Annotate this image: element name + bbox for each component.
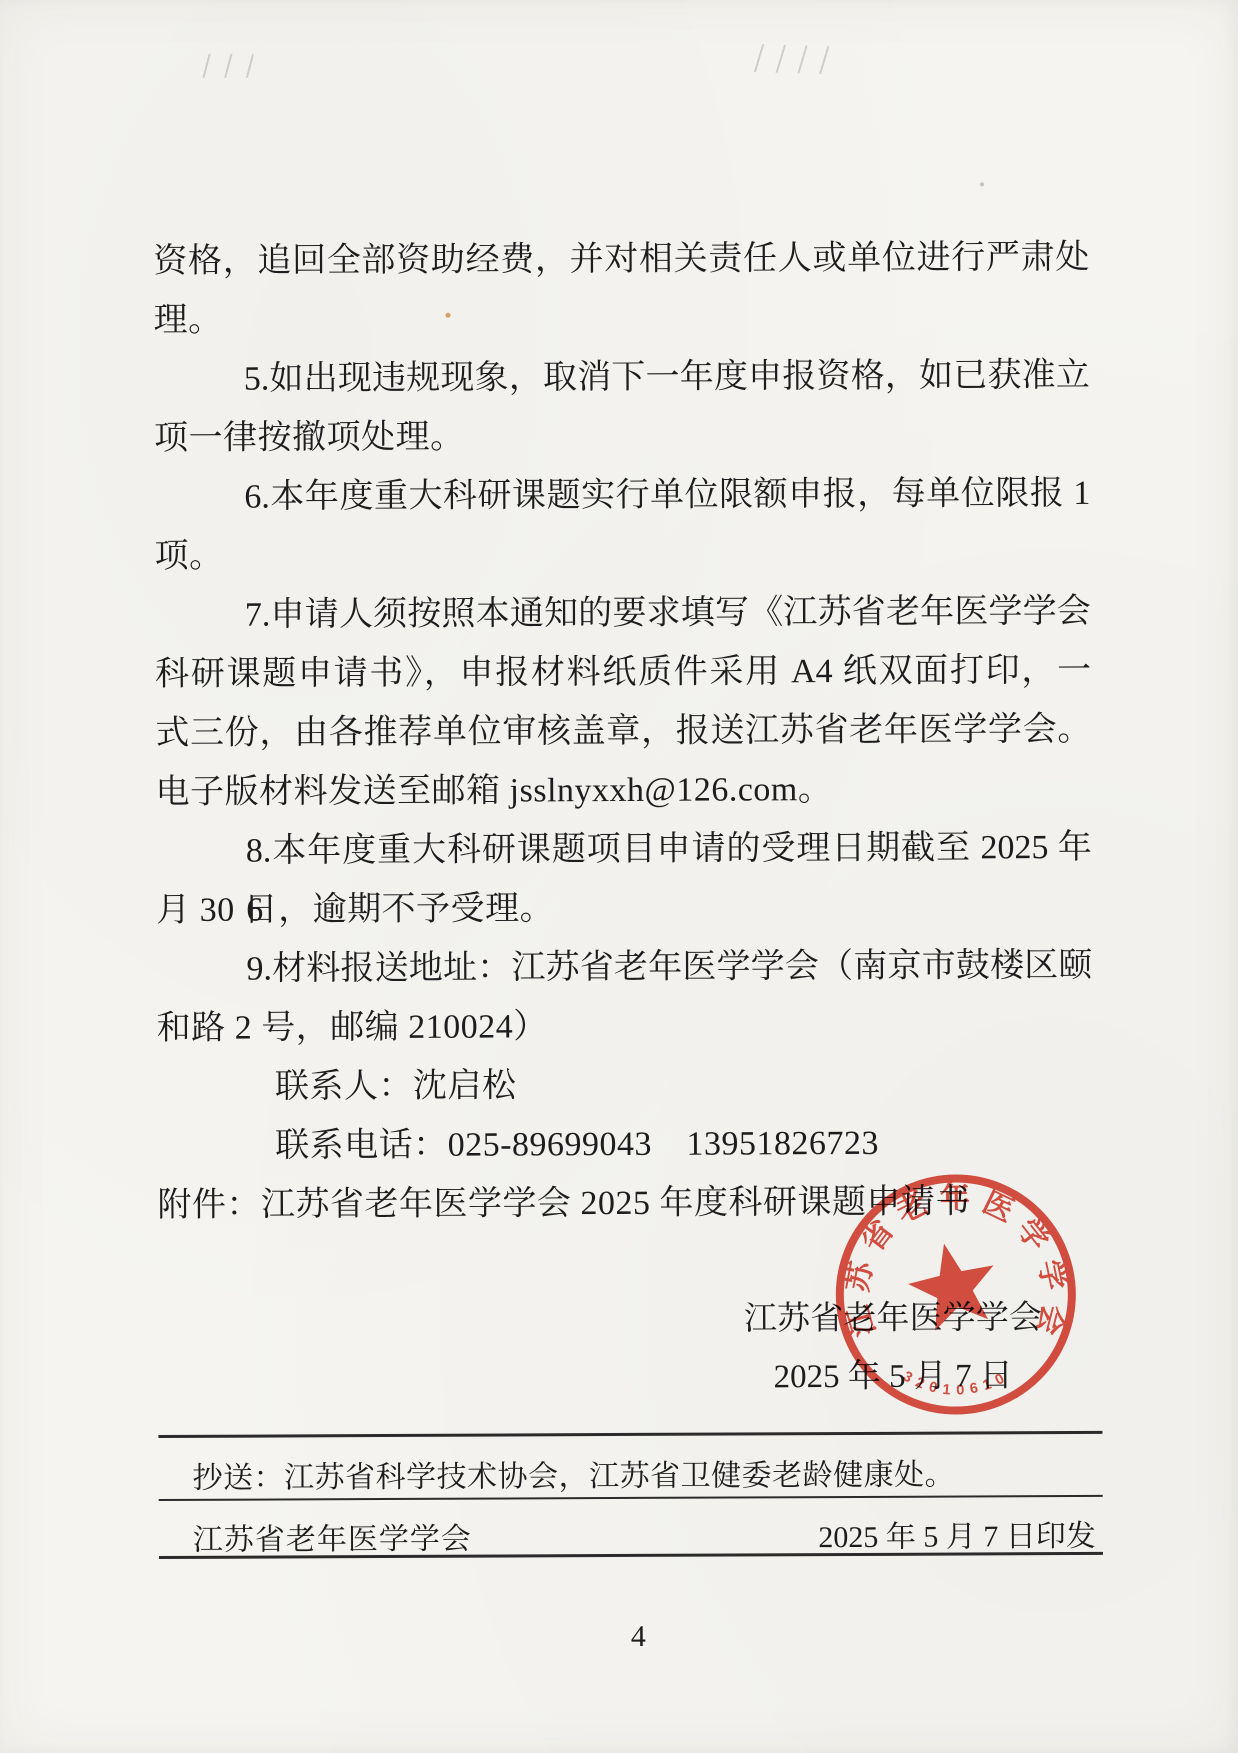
body-line: 理。 xyxy=(153,287,1089,350)
body-line: 和路 2 号，邮编 210024） xyxy=(157,995,1093,1058)
body-line: 9.材料报送地址：江苏省老年医学学会（南京市鼓楼区颐 xyxy=(246,936,1092,999)
body-line: 式三份，由各推荐单位审核盖章，报送江苏省老年医学学会。 xyxy=(155,700,1091,763)
cc-recipients: 抄送：江苏省科学技术协会，江苏省卫健委老龄健康处。 xyxy=(193,1459,956,1496)
seal-star-icon xyxy=(908,1243,994,1330)
body-line: 项一律按撤项处理。 xyxy=(154,405,1090,468)
scan-smudge-left xyxy=(199,54,253,78)
footer-divider-top xyxy=(158,1431,1102,1438)
footer-divider-middle xyxy=(159,1495,1103,1501)
document-content: 资格，追回全部资助经费，并对相关责任人或单位进行严肃处理。5.如出现违规现象，取… xyxy=(0,0,1238,1753)
body-line: 资格，追回全部资助经费，并对相关责任人或单位进行严肃处 xyxy=(153,228,1089,291)
page-number: 4 xyxy=(583,1620,693,1654)
body-line: 项。 xyxy=(154,523,1090,586)
scanned-document-page: 资格，追回全部资助经费，并对相关责任人或单位进行严肃处理。5.如出现违规现象，取… xyxy=(0,0,1238,1753)
body-line: 月 30 日，逾期不予受理。 xyxy=(156,877,1092,940)
seal-organization-text: 江苏省老年医学学会 xyxy=(841,1179,1071,1340)
body-text: 资格，追回全部资助经费，并对相关责任人或单位进行严肃处理。5.如出现违规现象，取… xyxy=(153,228,1093,1235)
body-line: 6.本年度重大科研课题实行单位限额申报，每单位限报 1 xyxy=(244,464,1090,527)
scan-speck xyxy=(980,182,984,186)
scan-smudge-right xyxy=(752,44,835,74)
body-line: 8.本年度重大科研课题项目申请的受理日期截至 2025 年 6 xyxy=(246,818,1092,881)
body-line: 科研课题申请书》，申报材料纸质件采用 A4 纸双面打印，一 xyxy=(155,641,1091,704)
body-line: 7.申请人须按照本通知的要求填写《江苏省老年医学学会 xyxy=(245,582,1091,645)
body-line: 联系人：沈启松 xyxy=(275,1054,1093,1117)
body-line: 电子版材料发送至邮箱 jsslnyxxh@126.com。 xyxy=(156,759,1092,822)
body-line: 5.如出现违规现象，取消下一年度申报资格，如已获准立 xyxy=(244,346,1090,409)
official-red-seal: 江苏省老年医学学会 3201061021417 xyxy=(825,1164,1086,1425)
